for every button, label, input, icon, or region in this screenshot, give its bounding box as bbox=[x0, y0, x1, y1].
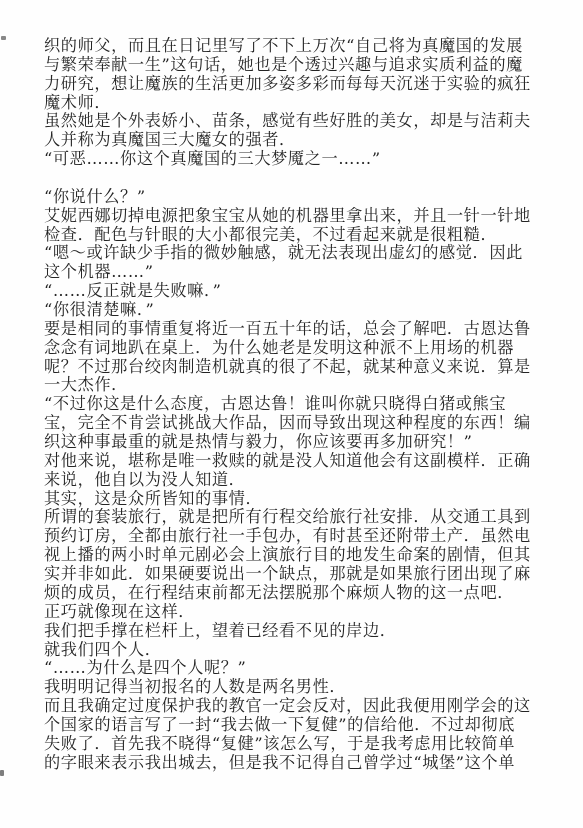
text-line-2: 与繁荣奉献一生”这句话，她也是个透过兴趣与追求实质利益的魔 bbox=[44, 56, 540, 75]
text-line-15: “你很清楚嘛．” bbox=[44, 301, 540, 320]
text-line-14: “……反正就是失败嘛．” bbox=[44, 282, 540, 301]
text-line-24: 来说，他自以为没人知道． bbox=[44, 471, 540, 490]
text-line-3: 力研究，想让魔族的生活更加多姿多彩而每每天沉迷于实验的疯狂 bbox=[44, 75, 540, 94]
text-line-10: 艾妮西娜切掉电源把象宝宝从她的机器里拿出来，并且一针一针地 bbox=[44, 207, 540, 226]
text-line-25: 其实，这是众所皆知的事情． bbox=[44, 490, 540, 509]
text-line-5: 虽然她是个外表娇小、苗条，感觉有些好胜的美女，却是与洁莉夫 bbox=[44, 112, 540, 131]
text-line-28: 视上播的两小时单元剧必会上演旅行目的地发生命案的剧情，但其 bbox=[44, 546, 540, 565]
text-line-20: “不过你这是什么态度，古恩达鲁！谁叫你就只晓得白猪或熊宝 bbox=[44, 395, 540, 414]
text-line-37: 个国家的语言写了一封“我去做一下复健”的信给他．不过却彻底 bbox=[44, 716, 540, 735]
text-line-18: 呢？不过那台绞肉制造机就真的很了不起，就某种意义来说．算是 bbox=[44, 358, 540, 377]
text-line-21: 宝，完全不肯尝试挑战大作品，因而导致出现这种程度的东西！编 bbox=[44, 414, 540, 433]
text-line-12: “嗯～或许缺少手指的微妙触感，就无法表现出虚幻的感觉．因此 bbox=[44, 244, 540, 263]
text-line-34: “……为什么是四个人呢？” bbox=[44, 659, 540, 678]
text-line-33: 就我们四个人． bbox=[44, 641, 540, 660]
scanned-book-page: 织的师父，而且在日记里写了不下上万次“自己将为真魔国的发展与繁荣奉献一生”这句话… bbox=[0, 0, 583, 828]
text-line-8 bbox=[44, 169, 540, 188]
text-line-17: 念念有词地趴在桌上．为什么她老是发明这种派不上用场的机器 bbox=[44, 339, 540, 358]
text-line-9: “你说什么？” bbox=[44, 188, 540, 207]
body-text: 织的师父，而且在日记里写了不下上万次“自己将为真魔国的发展与繁荣奉献一生”这句话… bbox=[44, 37, 540, 773]
text-line-7: “可恶……你这个真魔国的三大梦魇之一……” bbox=[44, 150, 540, 169]
text-line-32: 我们把手撑在栏杆上，望着已经看不见的岸边． bbox=[44, 622, 540, 641]
text-line-4: 魔术师． bbox=[44, 94, 540, 113]
text-line-22: 织这种事最重的就是热情与毅力，你应该要再多加研究！” bbox=[44, 433, 540, 452]
text-line-29: 实并非如此．如果硬要说出一个缺点，那就是如果旅行团出现了麻 bbox=[44, 565, 540, 584]
text-line-23: 对他来说，堪称是唯一救赎的就是没人知道他会有这副模样．正确 bbox=[44, 452, 540, 471]
text-line-11: 检查．配色与针眼的大小都很完美，不过看起来就是很粗糙． bbox=[44, 226, 540, 245]
text-line-19: 一大杰作． bbox=[44, 376, 540, 395]
scan-artifact-speck bbox=[0, 770, 4, 776]
text-line-31: 正巧就像现在这样． bbox=[44, 603, 540, 622]
text-line-35: 我明明记得当初报名的人数是两名男性． bbox=[44, 678, 540, 697]
text-line-16: 要是相同的事情重复将近一百五十年的话，总会了解吧．古恩达鲁 bbox=[44, 320, 540, 339]
scan-artifact-speck bbox=[1, 36, 6, 40]
text-line-13: 这个机器……” bbox=[44, 263, 540, 282]
text-line-36: 而且我确定过度保护我的教官一定会反对，因此我便用刚学会的这 bbox=[44, 697, 540, 716]
text-line-38: 失败了．首先我不晓得“复健”该怎么写，于是我考虑用比较简单 bbox=[44, 735, 540, 754]
text-line-39: 的字眼来表示我出城去，但是我不记得自己曾学过“城堡”这个单 bbox=[44, 754, 540, 773]
text-line-27: 预约订房，全都由旅行社一手包办，有时甚至还附带土产．虽然电 bbox=[44, 527, 540, 546]
text-line-26: 所谓的套装旅行，就是把所有行程交给旅行社安排．从交通工具到 bbox=[44, 508, 540, 527]
text-line-6: 人并称为真魔国三大魔女的强者． bbox=[44, 131, 540, 150]
text-line-30: 烦的成员，在行程结束前都无法摆脱那个麻烦人物的这一点吧． bbox=[44, 584, 540, 603]
text-line-1: 织的师父，而且在日记里写了不下上万次“自己将为真魔国的发展 bbox=[44, 37, 540, 56]
